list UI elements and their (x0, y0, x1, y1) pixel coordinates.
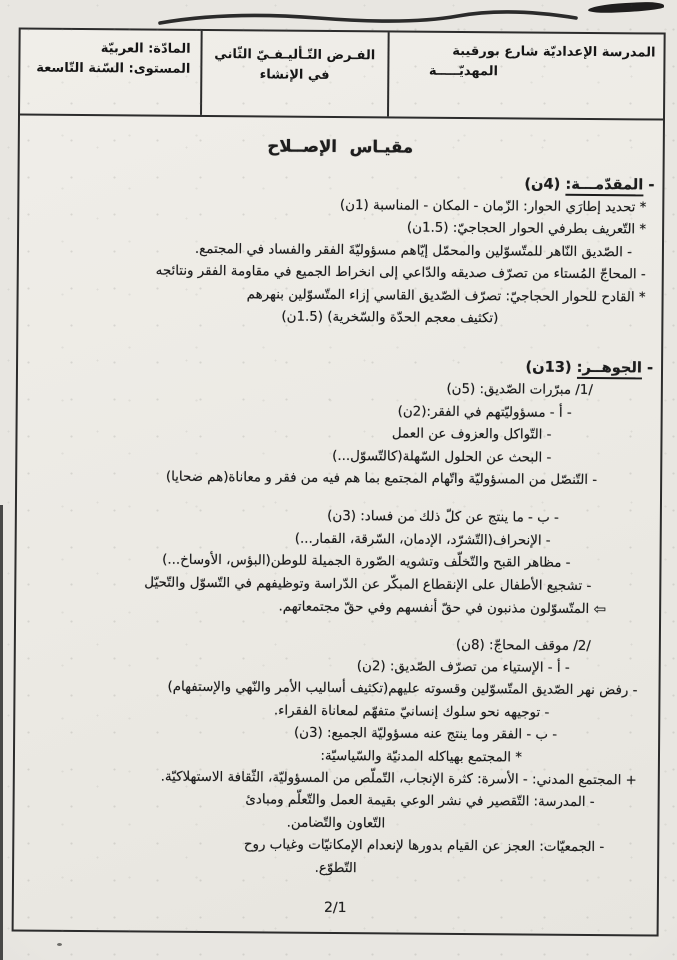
intro-heading-points: (4ن) (524, 175, 560, 192)
exam-cell: الفـرض التّـأليـفـيّ الثّاني في الإنشاء (200, 31, 387, 116)
conclusion-text: المتّسوّلون مذنبون في حقّ أنفسهم وفي حقّ… (279, 600, 590, 617)
scan-edge-squiggle (158, 8, 578, 28)
correction-scale-content: مقيـاس الإصــلاح - المقدّمـــة: (4ن) * ت… (14, 131, 663, 882)
scanned-exam-correction-sheet: { "header": { "school_name": "المدرسة ال… (0, 0, 677, 960)
subject-field: المادّة: العربيّة (24, 39, 190, 60)
intro-heading-label: المقدّمـــة: (565, 176, 643, 197)
exam-subject: في الإنشاء (202, 65, 387, 86)
subject-cell: المادّة: العربيّة المستوى: السّنة التّاس… (20, 29, 201, 114)
body-heading-label: الجوهــر: (577, 359, 642, 380)
school-cell: المدرسة الإعداديّة شارع بورقيبة المهديّـ… (387, 32, 664, 118)
implies-arrow-icon: ⇦ (593, 600, 606, 618)
page-border-frame: المدرسة الإعداديّة شارع بورقيبة المهديّـ… (12, 27, 666, 936)
body-heading-points: (13ن) (525, 359, 571, 376)
school-name: المدرسة الإعداديّة شارع بورقيبة (393, 41, 656, 63)
page-number: 2/1 (14, 897, 657, 918)
exam-title: الفـرض التّـأليـفـيّ الثّاني (202, 45, 387, 66)
page-title: مقيـاس الإصــلاح (26, 132, 657, 163)
school-city: المهديّـــــة (393, 61, 656, 83)
level-field: المستوى: السّنة التّاسعة (24, 59, 190, 80)
scan-edge-strip (0, 505, 3, 960)
document-page: المدرسة الإعداديّة شارع بورقيبة المهديّـ… (0, 0, 677, 960)
heading-dash: - (647, 360, 653, 377)
scan-dot-mark (57, 943, 62, 946)
header-table: المدرسة الإعداديّة شارع بورقيبة المهديّـ… (20, 29, 664, 120)
heading-dash: - (648, 176, 654, 193)
